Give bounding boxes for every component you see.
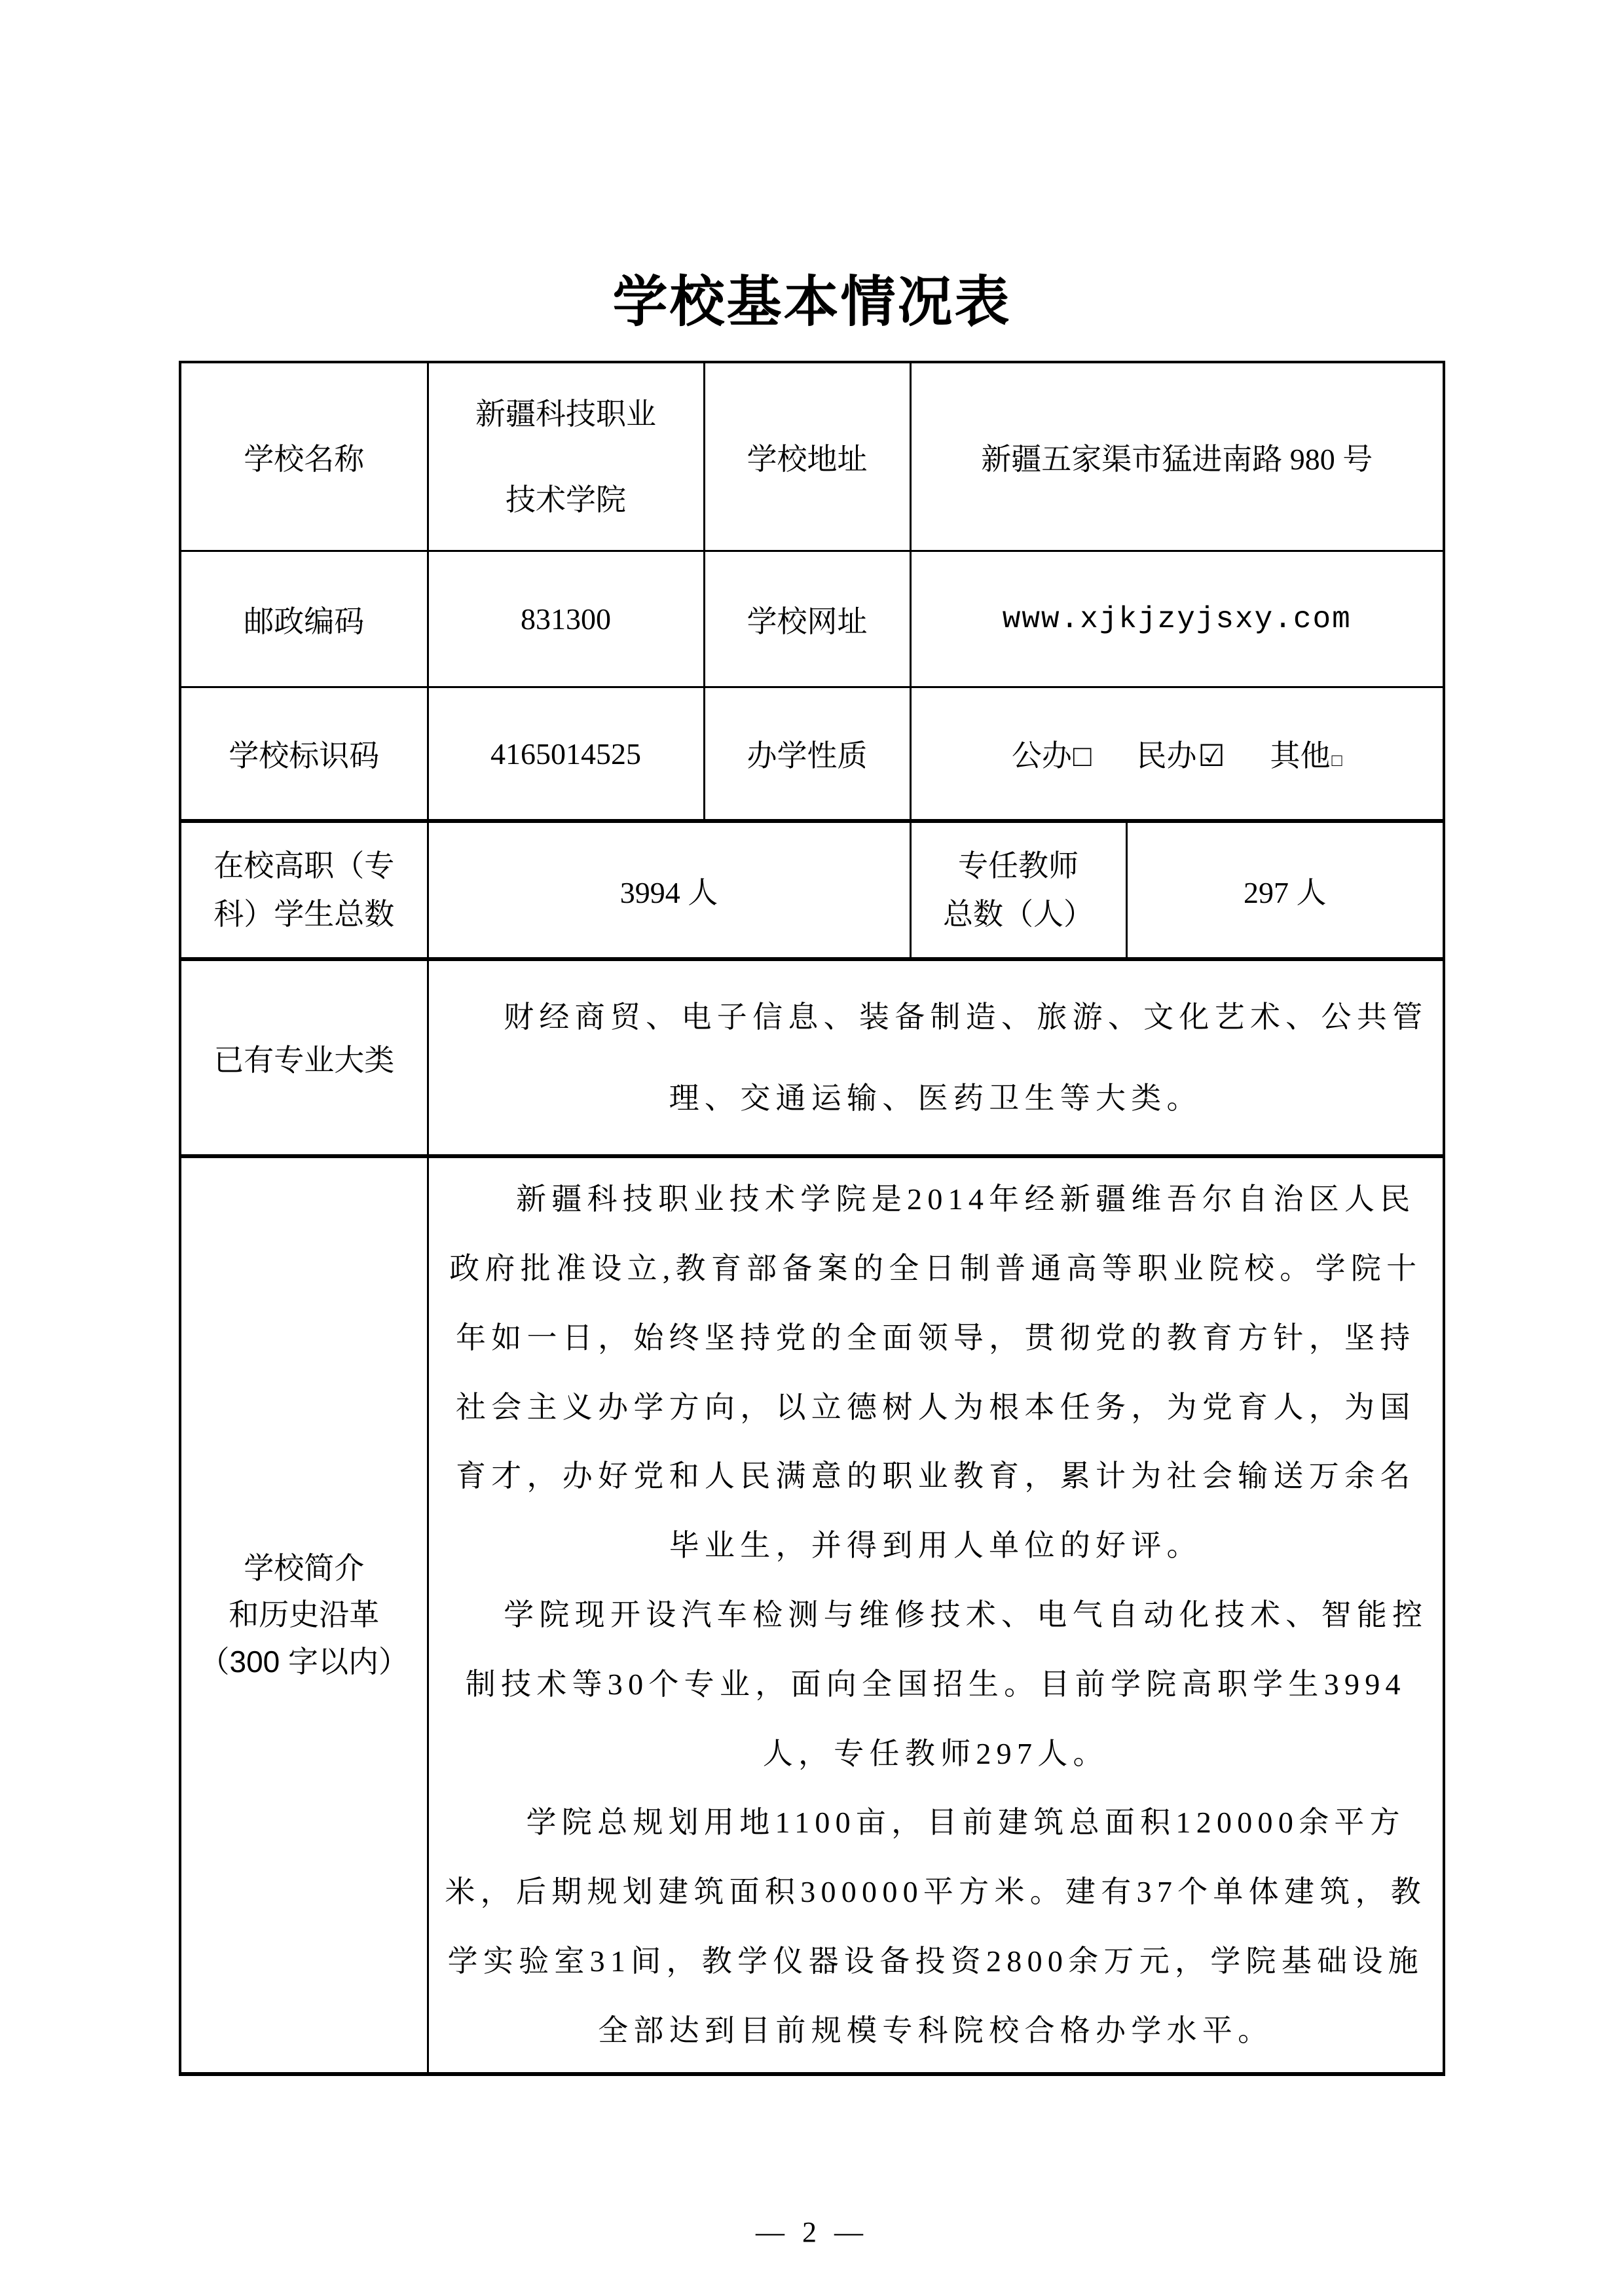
- website-label: 学校网址: [704, 551, 910, 687]
- intro-paragraph-3: 学院总规划用地1100亩，目前建筑总面积120000余平方米，后期规划建筑面积3…: [441, 1788, 1431, 2065]
- school-id-label: 学校标识码: [180, 687, 428, 822]
- teachers-total-value: 297 人: [1126, 821, 1444, 959]
- postcode-value: 831300: [428, 551, 704, 687]
- school-name-line2: 技术学院: [441, 457, 692, 543]
- checkbox-unchecked-icon: □: [1072, 738, 1092, 773]
- students-total-label-line2: 科）学生总数: [193, 890, 415, 939]
- teachers-total-label-line2: 总数（人）: [923, 890, 1114, 939]
- nature-option-other-label: 其他: [1270, 738, 1330, 773]
- nature-option-private: 民办☑: [1136, 732, 1225, 775]
- students-total-value: 3994 人: [428, 821, 910, 959]
- intro-paragraph-1: 新疆科技职业技术学院是2014年经新疆维吾尔自治区人民政府批准设立,教育部备案的…: [441, 1165, 1431, 1580]
- page-title: 学校基本情况表: [0, 0, 1624, 338]
- school-name-value: 新疆科技职业 技术学院: [428, 362, 704, 551]
- checkbox-unchecked-small-icon: □: [1330, 750, 1342, 770]
- school-intro-label-line1: 学校简介: [193, 1545, 415, 1592]
- school-intro-content: 新疆科技职业技术学院是2014年经新疆维吾尔自治区人民政府批准设立,教育部备案的…: [428, 1156, 1444, 2073]
- nature-option-other: 其他□: [1270, 732, 1342, 775]
- row-school-intro: 学校简介 和历史沿革 （300 字以内） 新疆科技职业技术学院是2014年经新疆…: [180, 1156, 1444, 2073]
- nature-option-public: 公办□: [1012, 732, 1092, 775]
- teachers-total-label: 专任教师 总数（人）: [910, 821, 1126, 959]
- school-name-line1: 新疆科技职业: [441, 371, 692, 457]
- row-major-categories: 已有专业大类 财经商贸、电子信息、装备制造、旅游、文化艺术、公共管理、交通运输、…: [180, 959, 1444, 1156]
- postcode-label: 邮政编码: [180, 551, 428, 687]
- students-total-label: 在校高职（专 科）学生总数: [180, 821, 428, 959]
- row-id-nature: 学校标识码 4165014525 办学性质 公办□ 民办☑ 其他□: [180, 687, 1444, 822]
- school-address-label: 学校地址: [704, 362, 910, 551]
- row-students-teachers: 在校高职（专 科）学生总数 3994 人 专任教师 总数（人） 297 人: [180, 821, 1444, 959]
- row-postcode-website: 邮政编码 831300 学校网址 www.xjkjzyjsxy.com: [180, 551, 1444, 687]
- students-total-label-line1: 在校高职（专: [193, 842, 415, 890]
- school-id-value: 4165014525: [428, 687, 704, 822]
- major-categories-content: 财经商贸、电子信息、装备制造、旅游、文化艺术、公共管理、交通运输、医药卫生等大类…: [428, 959, 1444, 1156]
- major-categories-label: 已有专业大类: [180, 959, 428, 1156]
- page-number: — 2 —: [0, 2215, 1624, 2249]
- nature-option-public-label: 公办: [1012, 738, 1072, 773]
- school-intro-label-line2: 和历史沿革: [193, 1592, 415, 1638]
- school-name-label: 学校名称: [180, 362, 428, 551]
- teachers-total-label-line1: 专任教师: [923, 842, 1114, 890]
- major-categories-text: 财经商贸、电子信息、装备制造、旅游、文化艺术、公共管理、交通运输、医药卫生等大类…: [441, 977, 1431, 1139]
- school-intro-label: 学校简介 和历史沿革 （300 字以内）: [180, 1156, 428, 2073]
- intro-paragraph-2: 学院现开设汽车检测与维修技术、电气自动化技术、智能控制技术等30个专业，面向全国…: [441, 1580, 1431, 1788]
- nature-options: 公办□ 民办☑ 其他□: [910, 687, 1444, 822]
- school-info-table: 学校名称 新疆科技职业 技术学院 学校地址 新疆五家渠市猛进南路 980 号 邮…: [179, 361, 1445, 2075]
- row-school-name-address: 学校名称 新疆科技职业 技术学院 学校地址 新疆五家渠市猛进南路 980 号: [180, 362, 1444, 551]
- checkbox-checked-icon: ☑: [1196, 738, 1225, 773]
- school-address-value: 新疆五家渠市猛进南路 980 号: [910, 362, 1444, 551]
- document-page: 学校基本情况表 学校名称 新疆科技职业 技术学院 学校地址 新疆五家渠市猛进南路…: [0, 0, 1624, 2296]
- nature-option-private-label: 民办: [1136, 738, 1196, 773]
- school-intro-label-line3: （300 字以内）: [193, 1639, 415, 1685]
- website-value: www.xjkjzyjsxy.com: [910, 551, 1444, 687]
- nature-label: 办学性质: [704, 687, 910, 822]
